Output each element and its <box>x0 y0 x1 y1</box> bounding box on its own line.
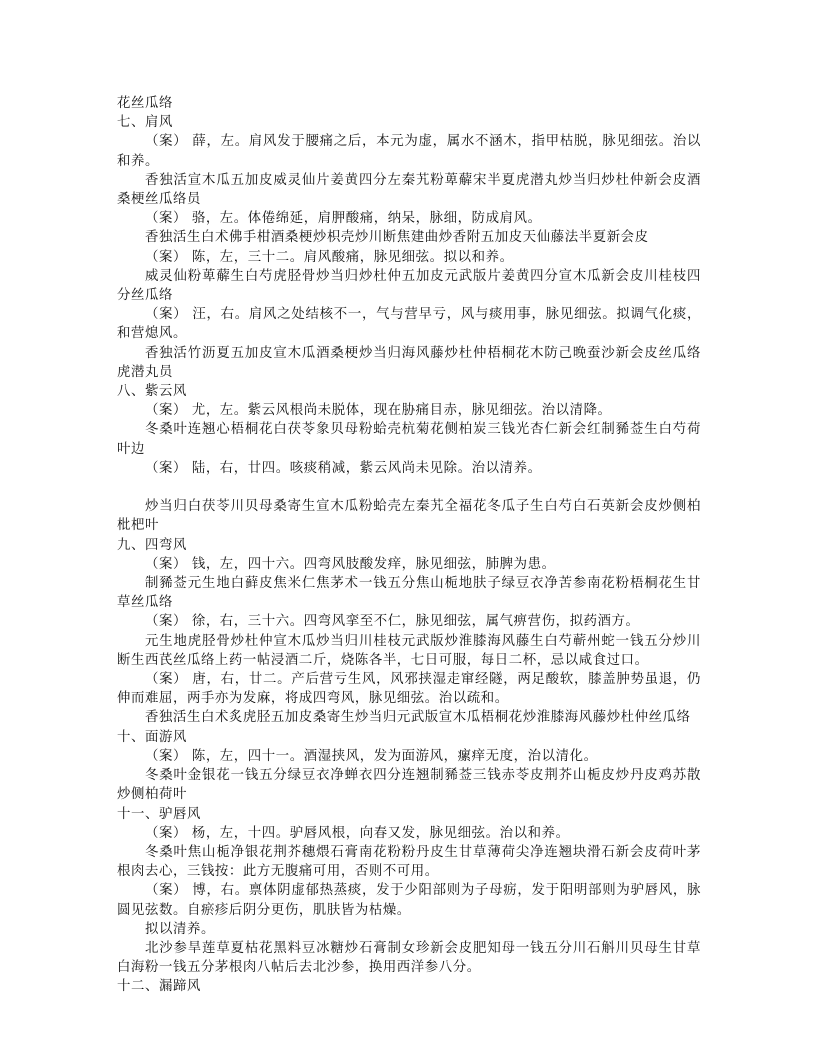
prescription: 冬桑叶连翘心梧桐花白茯苓象贝母粉蛤壳杭菊花侧柏炭三钱光杏仁新会红制豨莶生白芍荷叶… <box>117 420 701 458</box>
case-note: （案） 汪，右。肩风之处结核不一，气与营早亏，风与痰用事，脉见细弦。拟调气化痰，… <box>117 305 701 343</box>
section-heading-siwanfeng: 九、四弯风 <box>117 536 701 555</box>
case-note: （案） 博，右。禀体阴虚郁热蒸痰，发于少阳部则为子母疬，发于阳明部则为驴唇风，脉… <box>117 881 701 919</box>
section-heading-fragment: 花丝瓜络 <box>117 94 701 113</box>
case-note: （案） 钱，左，四十六。四弯风肢酸发痒，脉见细弦，肺脾为患。 <box>117 555 701 574</box>
prescription: 冬桑叶金银花一钱五分绿豆衣净蝉衣四分连翘制豨莶三钱赤苓皮荆芥山栀皮炒丹皮鸡苏散炒… <box>117 766 701 804</box>
prescription: 香独活生白术佛手柑酒桑梗炒枳壳炒川断焦建曲炒香附五加皮天仙藤法半夏新会皮 <box>117 228 701 247</box>
prescription: 威灵仙粉萆薢生白芍虎胫骨炒当归炒杜仲五加皮元武版片姜黄四分宣木瓜新会皮川桂枝四分… <box>117 267 701 305</box>
section-heading-mianyoufeng: 十、面游风 <box>117 728 701 747</box>
case-note: （案） 徐，右，三十六。四弯风挛至不仁，脉见细弦，属气痹营伤，拟药酒方。 <box>117 612 701 631</box>
section-heading-jianfeng: 七、肩风 <box>117 113 701 132</box>
blank-line <box>117 478 701 497</box>
case-note: （案） 陈，左，三十二。肩风酸痛，脉见细弦。拟以和养。 <box>117 248 701 267</box>
section-heading-loutifeng: 十二、漏蹄风 <box>117 977 701 996</box>
prescription: 香独活宣木瓜五加皮威灵仙片姜黄四分左秦艽粉萆薢宋半夏虎潜丸炒当归炒杜仲新会皮酒桑… <box>117 171 701 209</box>
case-note: （案） 陆，右，廿四。咳痰稍减，紫云风尚未见除。治以清养。 <box>117 459 701 478</box>
case-note: （案） 尤，左。紫云风根尚未脱体，现在胁痛目赤，脉见细弦。治以清降。 <box>117 401 701 420</box>
prescription: 冬桑叶焦山栀净银花荆芥穗煨石膏南花粉粉丹皮生甘草薄荷尖净连翘块滑石新会皮荷叶茅根… <box>117 843 701 881</box>
prescription: 元生地虎胫骨炒杜仲宣木瓜炒当归川桂枝元武版炒淮膝海风藤生白芍蕲州蛇一钱五分炒川断… <box>117 632 701 670</box>
section-heading-ziyunfeng: 八、紫云风 <box>117 382 701 401</box>
prescription: 炒当归白茯苓川贝母桑寄生宣木瓜粉蛤壳左秦艽全福花冬瓜子生白芍白石英新会皮炒侧柏枇… <box>117 497 701 535</box>
prescription: 制豨莶元生地白藓皮焦米仁焦茅术一钱五分焦山栀地肤子绿豆衣净苦参南花粉梧桐花生甘草… <box>117 574 701 612</box>
case-note: （案） 陈，左，四十一。酒湿挟风，发为面游风，瘰痒无度，治以清化。 <box>117 747 701 766</box>
document-page: 花丝瓜络 七、肩风 （案） 薛，左。肩风发于腰痛之后，本元为虚，属水不涵木，指甲… <box>117 94 701 997</box>
prescription: 香独活竹沥夏五加皮宣木瓜酒桑梗炒当归海风藤炒杜仲梧桐花木防己晚蚕沙新会皮丝瓜络虎… <box>117 344 701 382</box>
prescription: 香独活生白术炙虎胫五加皮桑寄生炒当归元武版宣木瓜梧桐花炒淮膝海风藤炒杜仲丝瓜络 <box>117 708 701 727</box>
case-note: （案） 唐，右，廿二。产后营亏生风，风邪挟湿走窜经隧，两足酸软，膝盖肿势虽退，仍… <box>117 670 701 708</box>
case-note: （案） 杨，左，十四。驴唇风根，向春又发，脉见细弦。治以和养。 <box>117 824 701 843</box>
case-note: （案） 骆，左。体倦绵延，肩胛酸痛，纳呆，脉细，防成肩风。 <box>117 209 701 228</box>
section-heading-lvchunfeng: 十一、驴唇风 <box>117 805 701 824</box>
treatment-note: 拟以清养。 <box>117 920 701 939</box>
prescription: 北沙参旱莲草夏枯花黑料豆冰糖炒石膏制女珍新会皮肥知母一钱五分川石斛川贝母生甘草白… <box>117 939 701 977</box>
case-note: （案） 薛，左。肩风发于腰痛之后，本元为虚，属水不涵木，指甲枯脱，脉见细弦。治以… <box>117 132 701 170</box>
